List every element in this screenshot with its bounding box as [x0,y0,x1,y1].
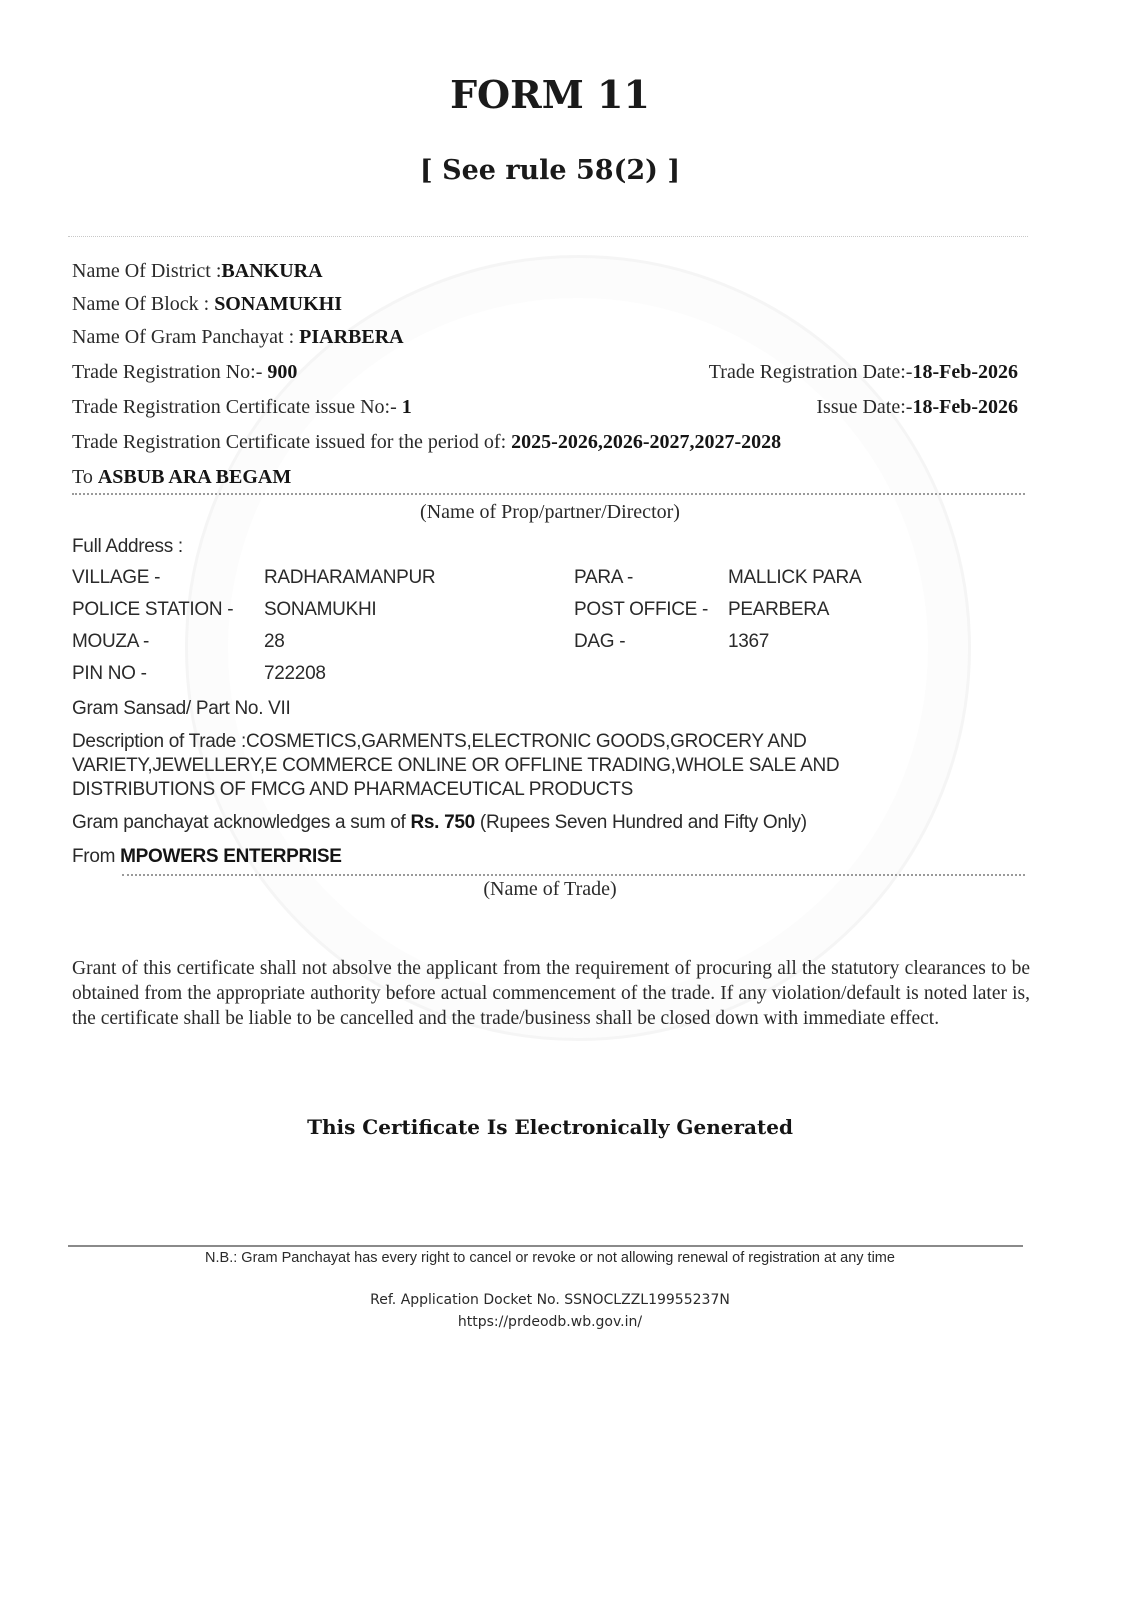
district-line: Name Of District :BANKURA [72,260,323,283]
disclaimer-paragraph: Grant of this certificate shall not abso… [72,956,1030,1031]
gp-value: PIARBERA [299,326,403,348]
mouza-value: 28 [264,631,285,653]
police-station-value: SONAMUKHI [264,599,376,621]
cert-issue-no-line: Trade Registration Certificate issue No:… [72,396,412,419]
gp-label: Name Of Gram Panchayat : [72,326,299,348]
period-label: Trade Registration Certificate issued fo… [72,431,511,453]
issue-date-label: Issue Date:- [816,396,912,418]
trade-reg-no-line: Trade Registration No:- 900 [72,361,297,384]
pin-label: PIN NO - [72,663,147,685]
gram-panchayat-line: Name Of Gram Panchayat : PIARBERA [72,326,404,349]
ack-words: (Rupees Seven Hundred and Fifty Only) [480,812,807,833]
post-office-label: POST OFFICE - [574,599,708,621]
trade-description: Description of Trade :COSMETICS,GARMENTS… [72,730,972,802]
trade-reg-no-value: 900 [267,361,297,383]
dag-label: DAG - [574,631,625,653]
trade-reg-date-label: Trade Registration Date:- [709,361,913,383]
block-line: Name Of Block : SONAMUKHI [72,293,342,316]
mouza-label: MOUZA - [72,631,149,653]
issue-date-line: Issue Date:-18-Feb-2026 [816,396,1018,419]
block-label: Name Of Block : [72,293,214,315]
cert-issue-no-value: 1 [402,396,412,418]
period-value: 2025-2026,2026-2027,2027-2028 [511,431,781,453]
para-label: PARA - [574,567,633,589]
trade-reg-date-value: 18-Feb-2026 [912,361,1018,383]
from-line: From MPOWERS ENTERPRISE [72,846,342,868]
cert-issue-no-label: Trade Registration Certificate issue No:… [72,396,402,418]
post-office-value: PEARBERA [728,599,829,621]
para-value: MALLICK PARA [728,567,861,589]
trade-name: MPOWERS ENTERPRISE [120,846,342,867]
top-divider [68,236,1028,237]
block-value: SONAMUKHI [214,293,342,315]
village-label: VILLAGE - [72,567,160,589]
nb-note: N.B.: Gram Panchayat has every right to … [0,1250,1100,1266]
proprietor-caption: (Name of Prop/partner/Director) [0,501,1100,524]
form-subtitle: [ See rule 58(2) ] [0,155,1100,186]
ack-prefix: Gram panchayat acknowledges a sum of [72,812,410,833]
from-label: From [72,846,120,867]
ack-amount: Rs. 750 [410,812,474,833]
proprietor-dotted-line [72,493,1025,495]
acknowledgement-line: Gram panchayat acknowledges a sum of Rs.… [72,812,807,834]
bottom-divider [68,1245,1023,1247]
to-label: To [72,466,98,488]
to-line: To ASBUB ARA BEGAM [72,466,291,489]
trade-caption: (Name of Trade) [0,878,1100,901]
district-value: BANKURA [221,260,322,282]
district-label: Name Of District : [72,260,221,282]
trade-reg-no-label: Trade Registration No:- [72,361,267,383]
issue-date-value: 18-Feb-2026 [912,396,1018,418]
proprietor-name: ASBUB ARA BEGAM [98,466,291,488]
address-heading: Full Address : [72,536,183,558]
police-station-label: POLICE STATION - [72,599,233,621]
pin-value: 722208 [264,663,326,685]
gram-sansad: Gram Sansad/ Part No. VII [72,698,290,720]
docket-reference: Ref. Application Docket No. SSNOCLZZL199… [0,1292,1100,1308]
trade-reg-date-line: Trade Registration Date:-18-Feb-2026 [709,361,1018,384]
electronic-generation-note: This Certificate Is Electronically Gener… [0,1115,1100,1139]
portal-url[interactable]: https://prdeodb.wb.gov.in/ [0,1314,1100,1330]
dag-value: 1367 [728,631,769,653]
form-title: FORM 11 [0,72,1100,117]
trade-dotted-line [122,874,1025,876]
village-value: RADHARAMANPUR [264,567,435,589]
period-line: Trade Registration Certificate issued fo… [72,431,781,454]
